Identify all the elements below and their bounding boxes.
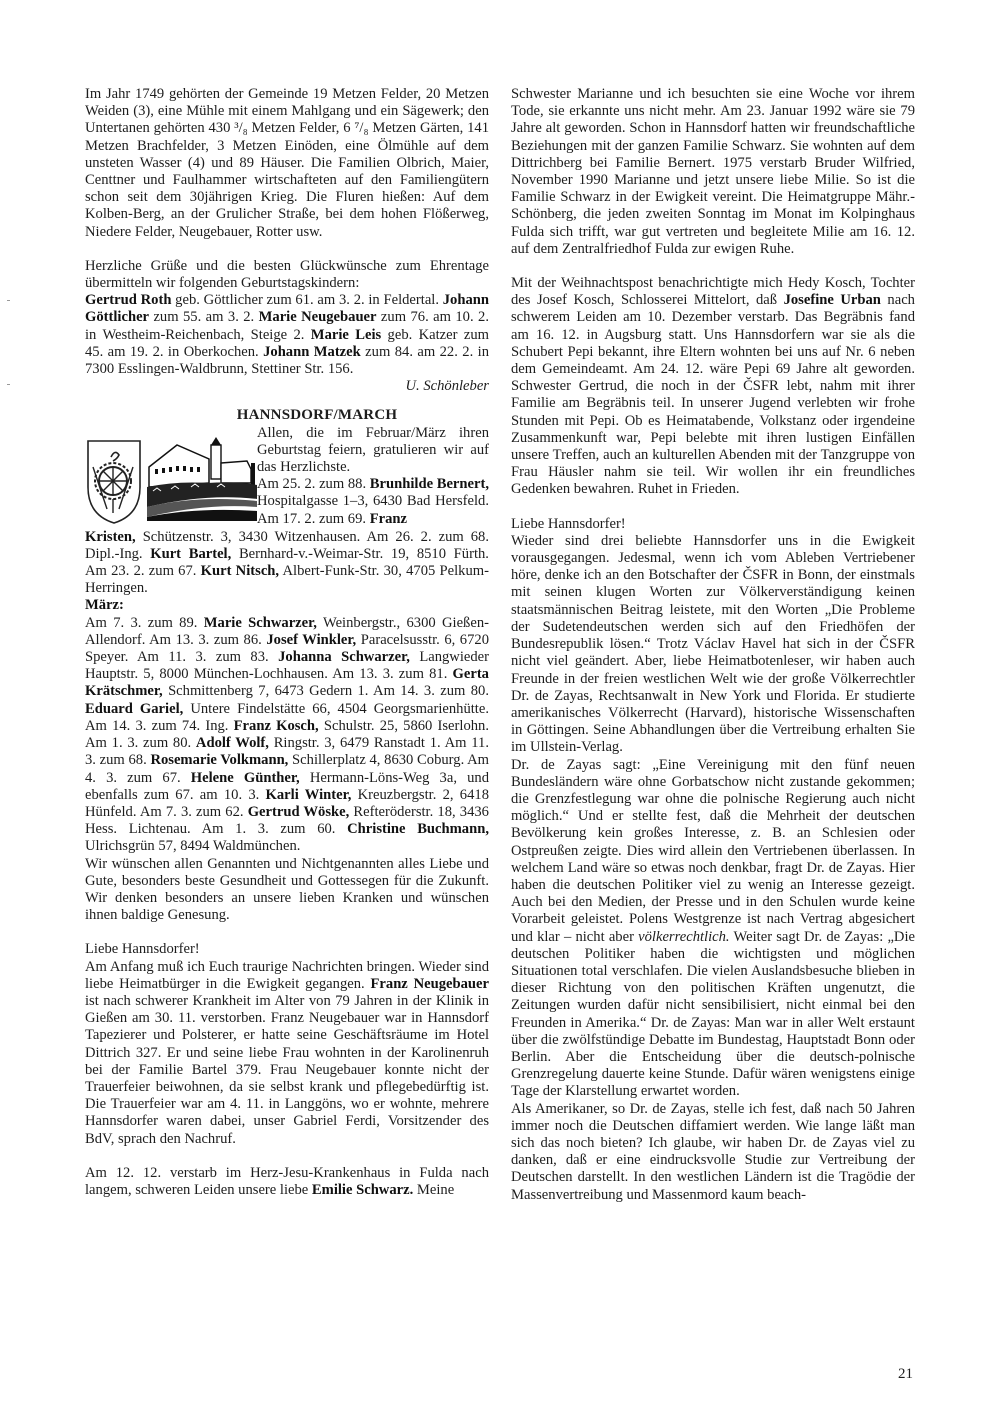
left-column: Im Jahr 1749 gehörten der Gemeinde 19 Me… bbox=[85, 86, 489, 1199]
hannsdorf-greeting: Allen, die im Februar/März ihren Geburts… bbox=[257, 425, 489, 477]
scan-mark bbox=[7, 300, 10, 301]
scan-mark bbox=[7, 384, 10, 385]
march-birthdays: Am 7. 3. zum 89. Marie Schwarzer, Weinbe… bbox=[85, 615, 489, 856]
birthday-list-1: Gertrud Roth geb. Göttlicher zum 61. am … bbox=[85, 292, 489, 378]
obituary-urban: Mit der Weihnachtspost benachrichtigte m… bbox=[511, 275, 915, 499]
right-column: Schwester Marianne und ich besuchten sie… bbox=[511, 86, 915, 1204]
figure-side-text: Allen, die im Februar/März ihren Geburts… bbox=[257, 425, 489, 528]
salutation: Liebe Hannsdorfer! bbox=[85, 941, 489, 958]
birthday-name: Brunhilde Bernert, bbox=[370, 476, 489, 492]
section-heading: HANNSDORF/MARCH bbox=[85, 407, 489, 424]
birthday-name: Franz bbox=[370, 511, 407, 527]
figures bbox=[85, 437, 257, 529]
birthday-name: Kurt Nitsch, bbox=[201, 563, 279, 579]
de-zayas-paragraph-3: Als Amerikaner, so Dr. de Zayas, stelle … bbox=[511, 1101, 915, 1204]
coat-of-arms-icon bbox=[85, 437, 143, 525]
march-heading: März: bbox=[85, 597, 489, 614]
february-birthdays: Am 25. 2. zum 88. Brunhilde Bernert, Hos… bbox=[257, 476, 489, 528]
birthday-name: Gertrud Roth bbox=[85, 292, 171, 308]
deceased-name: Emilie Schwarz. bbox=[312, 1182, 413, 1198]
greeting-intro: Herzliche Grüße und die besten Glückwüns… bbox=[85, 258, 489, 292]
obituary-schwarz-continued: Schwester Marianne und ich besuchten sie… bbox=[511, 86, 915, 258]
birthday-name: Kristen, bbox=[85, 529, 136, 545]
obituary-neugebauer: Am Anfang muß ich Euch traurige Nachrich… bbox=[85, 959, 489, 1148]
de-zayas-paragraph-1: Wieder sind drei beliebte Hannsdorfer un… bbox=[511, 533, 915, 757]
wishes-paragraph: Wir wünschen allen Genannten und Nichtge… bbox=[85, 856, 489, 925]
intro-paragraph: Im Jahr 1749 gehörten der Gemeinde 19 Me… bbox=[85, 86, 489, 241]
obituary-schwarz: Am 12. 12. verstarb im Herz-Jesu-Kranken… bbox=[85, 1165, 489, 1199]
de-zayas-paragraph-2: Dr. de Zayas sagt: „Eine Vereinigung mit… bbox=[511, 757, 915, 1101]
birthday-name: Marie Neugebauer bbox=[259, 309, 377, 325]
castle-illustration-icon bbox=[147, 437, 257, 521]
page-number: 21 bbox=[898, 1366, 913, 1383]
birthday-name: Johann Matzek bbox=[263, 344, 361, 360]
signature: U. Schönleber bbox=[85, 378, 489, 395]
birthday-name: Marie Leis bbox=[311, 327, 381, 343]
salutation: Liebe Hannsdorfer! bbox=[511, 516, 915, 533]
february-birthdays-continued: Kristen, Schützenstr. 3, 3430 Witzenhaus… bbox=[85, 529, 489, 598]
deceased-name: Josefine Urban bbox=[784, 292, 881, 308]
deceased-name: Franz Neugebauer bbox=[371, 976, 490, 992]
figure-block: Allen, die im Februar/März ihren Geburts… bbox=[85, 425, 489, 529]
birthday-name: Kurt Bartel, bbox=[150, 546, 231, 562]
